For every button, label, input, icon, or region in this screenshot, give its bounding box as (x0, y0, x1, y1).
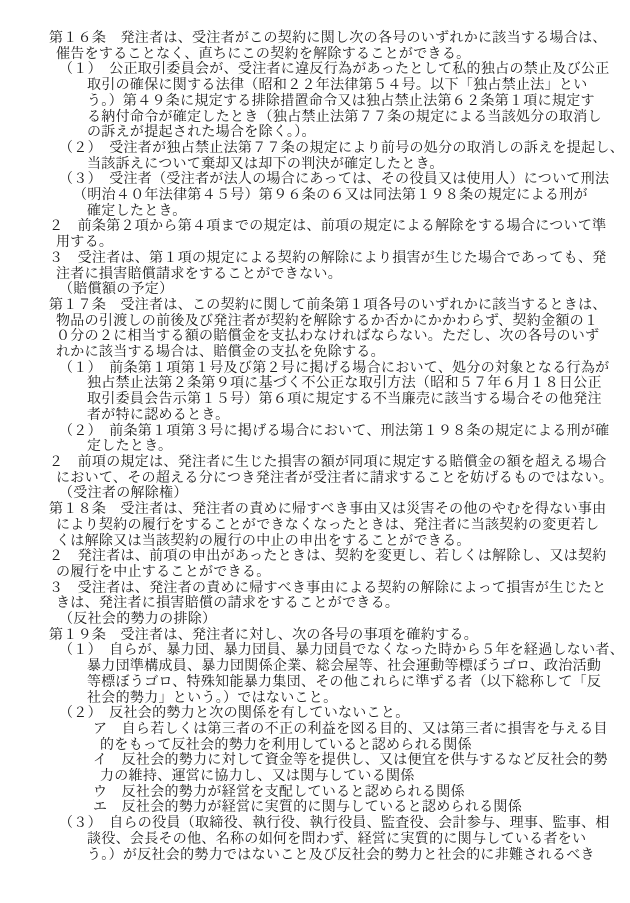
item-continuation-line: 確定したとき。 (87, 204, 618, 220)
item-line: （３） 受注者（受注者が法人の場合にあっては、その役員又は使用人）について刑法 (59, 172, 618, 188)
item-continuation-line: う。）第４９条に規定する排除措置命令又は独占禁止法第６２条第１項に規定す (87, 94, 618, 110)
item-continuation-line: （明治４０年法律第４５号）第９６条の６又は同法第１９８条の規定による刑が (73, 188, 618, 204)
item-continuation-line: 者が特に認めるとき。 (87, 408, 618, 424)
article-line: 第１７条 受注者は、この契約に関して前条第１項各号のいずれかに該当するときは、 (49, 298, 618, 314)
subitem-line: エ 反社会的勢力が経営に実質的に関与していると認められる関係 (93, 800, 618, 816)
item-continuation-line: 定したとき。 (87, 439, 618, 455)
item-continuation-line: る納付命令が確定したとき（独占禁止法第７７条の規定による当該処分の取消し (87, 110, 618, 126)
article-continuation-line: ０分の２に相当する額の賠償金を支払わなければならない。ただし、次の各号のいず (56, 329, 618, 345)
item-continuation-line: 取引委員会告示第１５号）第６項に規定する不当廉売に該当する場合その他発注 (87, 392, 618, 408)
article-continuation-line: 物品の引渡しの前後及び発注者が契約を解除するか否かにかかわらず、契約金額の１ (56, 314, 618, 330)
article-line: ３ 受注者は、第１項の規定による契約の解除により損害が生じた場合であっても、発 (49, 251, 618, 267)
item-continuation-line: う。）が反社会的勢力ではないこと及び反社会的勢力と社会的に非難されるべき (87, 848, 618, 864)
item-line: （１） 公正取引委員会が、受注者に違反行為があったとして私的独占の禁止及び公正 (59, 62, 618, 78)
subitem-line: ウ 反社会的勢力が経営を支配していると認められる関係 (93, 785, 618, 801)
article-line: 第１９条 受注者は、発注者に対し、次の各号の事項を確約する。 (49, 628, 618, 644)
item-continuation-line: 等標ぼうゴロ、特殊知能暴力集団、その他これらに準ずる者（以下総称して「反 (87, 675, 618, 691)
item-line: （３） 自らの役員（取締役、執行役、執行役員、監査役、会計参与、理事、監事、相 (59, 816, 618, 832)
document-page: 第１６条 発注者は、受注者がこの契約に関し次の各号のいずれかに該当する場合は、催… (0, 0, 630, 903)
article-continuation-line: において、その超える分につき発注者が受注者に請求することを妨げるものではない。 (56, 471, 618, 487)
item-continuation-line: 談役、会長その他、名称の如何を問わず、経営に実質的に関与している者をい (87, 832, 618, 848)
item-line: （２） 前条第１項第３号に掲げる場合において、刑法第１９８条の規定による刑が確 (59, 424, 618, 440)
article-caption-line: （賠償額の予定） (59, 282, 618, 298)
article-line: ２ 前条第２項から第４項までの規定は、前項の規定による解除をする場合について準 (49, 219, 618, 235)
item-line: （２） 受注者が独占禁止法第７７条の規定により前号の処分の取消しの訴えを提起し、 (59, 141, 618, 157)
item-continuation-line: 暴力団準構成員、暴力団関係企業、総会屋等、社会運動等標ぼうゴロ、政治活動 (87, 659, 618, 675)
article-continuation-line: きは、発注者に損害賠償の請求をすることができる。 (56, 596, 618, 612)
item-line: （１） 前条第１項第１号及び第２号に掲げる場合において、処分の対象となる行為が (59, 361, 618, 377)
article-continuation-line: により契約の履行をすることができなくなったときは、発注者に当該契約の変更若し (56, 518, 618, 534)
item-continuation-line: 取引の確保に関する法律（昭和２２年法律第５４号。以下「独占禁止法」とい (87, 78, 618, 94)
article-line: 第１６条 発注者は、受注者がこの契約に関し次の各号のいずれかに該当する場合は、 (49, 31, 618, 47)
subitem-continuation-line: 力の維持、運営に協力し、又は関与している関係 (100, 769, 618, 785)
subitem-line: イ 反社会的勢力に対して資金等を提供し、又は便宜を供与するなど反社会的勢 (93, 753, 618, 769)
subitem-continuation-line: 的をもって反社会的勢力を利用していると認められる関係 (100, 738, 618, 754)
item-line: （１） 自らが、暴力団、暴力団員、暴力団員でなくなった時から５年を経過しない者、 (59, 643, 618, 659)
item-continuation-line: 当該訴えについて棄却又は却下の判決が確定したとき。 (87, 157, 618, 173)
article-continuation-line: 注者に損害賠償請求をすることができない。 (56, 267, 618, 283)
article-continuation-line: の履行を中止することができる。 (56, 565, 618, 581)
article-caption-line: （反社会的勢力の排除） (59, 612, 618, 628)
article-continuation-line: くは解除又は当該契約の履行の中止の申出をすることができる。 (56, 534, 618, 550)
article-line: 第１８条 受注者は、発注者の責めに帰すべき事由又は災害その他のやむを得ない事由 (49, 502, 618, 518)
article-continuation-line: れかに該当する場合は、賠償金の支払を免除する。 (56, 345, 618, 361)
item-continuation-line: 社会的勢力」という。）ではないこと。 (87, 691, 618, 707)
article-line: ２ 発注者は、前項の申出があったときは、契約を変更し、若しくは解除し、又は契約 (49, 549, 618, 565)
item-continuation-line: 独占禁止法第２条第９項に基づく不公正な取引方法（昭和５７年６月１８日公正 (87, 376, 618, 392)
article-line: ２ 前項の規定は、発注者に生じた損害の額が同項に規定する賠償金の額を超える場合 (49, 455, 618, 471)
article-continuation-line: 催告をすることなく、直ちにこの契約を解除することができる。 (56, 47, 618, 63)
article-continuation-line: 用する。 (56, 235, 618, 251)
item-continuation-line: の訴えが提起された場合を除く。）。 (87, 125, 618, 141)
item-line: （２） 反社会的勢力と次の関係を有していないこと。 (59, 706, 618, 722)
article-caption-line: （受注者の解除権） (59, 486, 618, 502)
subitem-line: ア 自ら若しくは第三者の不正の利益を図る目的、又は第三者に損害を与える目 (93, 722, 618, 738)
article-line: ３ 受注者は、発注者の責めに帰すべき事由による契約の解除によって損害が生じたと (49, 581, 618, 597)
